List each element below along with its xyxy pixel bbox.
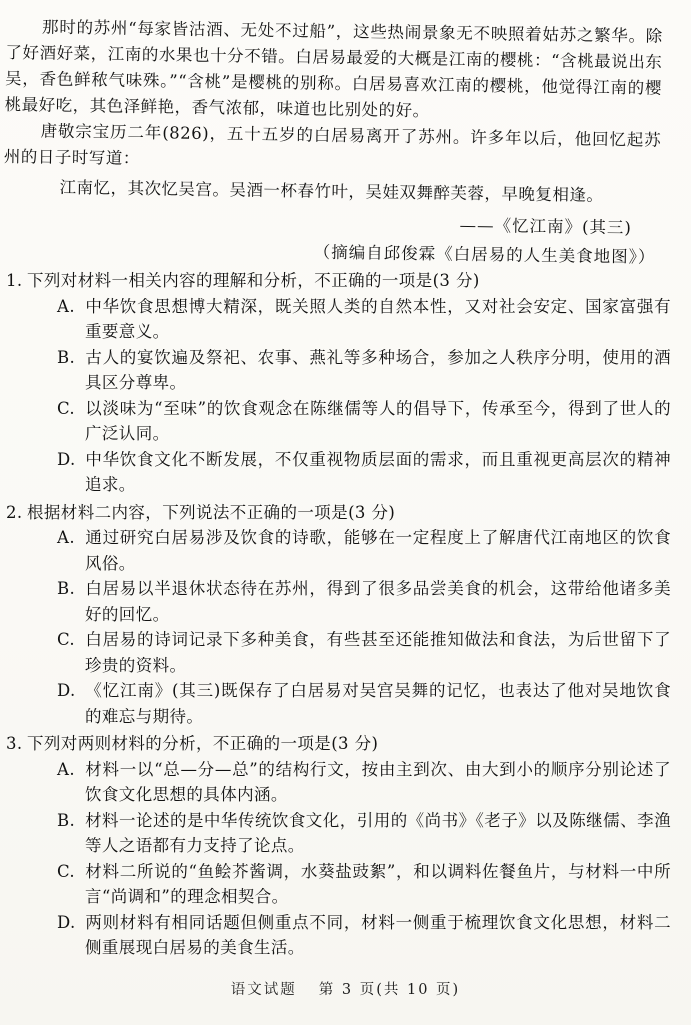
- question-2-stem-text: 根据材料二内容，下列说法不正确的一项是(3 分): [27, 503, 395, 522]
- question-3-stem-text: 下列对两则材料的分析，不正确的一项是(3 分): [27, 734, 378, 753]
- question-2-number: 2.: [6, 500, 27, 526]
- question-2-stem: 2.根据材料二内容，下列说法不正确的一项是(3 分): [6, 500, 671, 526]
- option-text: 两则材料有相同话题但侧重点不同，材料一侧重于梳理饮食文化思想，材料二侧重展现白居…: [85, 913, 671, 958]
- option-label-d: D.: [57, 910, 85, 936]
- question-1-option-c: C.以淡味为“至味”的饮食观念在陈继儒等人的倡导下，传承至今，得到了世人的广泛认…: [57, 396, 671, 447]
- option-text: 白居易的诗词记录下多种美食，有些甚至还能推知做法和食法，为后世留下了珍贵的资料。: [85, 630, 671, 675]
- option-label-a: A.: [57, 757, 85, 783]
- option-label-d: D.: [57, 447, 85, 473]
- passage-paragraph-2: 唐敬宗宝历二年(826)，五十五岁的白居易离开了苏州。许多年以后，他回忆起苏州的…: [4, 118, 662, 180]
- question-1-stem-text: 下列对材料一相关内容的理解和分析，不正确的一项是(3 分): [27, 271, 480, 290]
- option-label-c: C.: [57, 627, 85, 653]
- question-1-option-a: A.中华饮食思想博大精深，既关照人类的自然本性，又对社会安定、国家富强有重要意义…: [57, 294, 671, 345]
- question-1-stem: 1.下列对材料一相关内容的理解和分析，不正确的一项是(3 分): [6, 268, 671, 294]
- option-text: 中华饮食思想博大精深，既关照人类的自然本性，又对社会安定、国家富强有重要意义。: [85, 297, 671, 342]
- exam-page: 那时的苏州“每家皆沽酒、无处不过船”，这些热闹景象无不映照着姑苏之繁华。除了好酒…: [0, 0, 691, 1025]
- option-label-b: B.: [57, 576, 85, 602]
- option-text: 材料一论述的是中华传统饮食文化，引用的《尚书》《老子》以及陈继儒、李渔等人之语都…: [85, 811, 671, 856]
- option-text: 材料一以“总—分—总”的结构行文，按由主到次、由大到小的顺序分别论述了饮食文化思…: [85, 760, 671, 805]
- option-label-b: B.: [57, 345, 85, 371]
- page-footer: 语文试题第 3 页(共 10 页): [0, 978, 691, 999]
- question-1-option-d: D.中华饮食文化不断发展，不仅重视物质层面的需求，而且重视更高层次的精神追求。: [57, 447, 671, 498]
- question-2-option-a: A.通过研究白居易涉及饮食的诗歌，能够在一定程度上了解唐代江南地区的饮食风俗。: [57, 525, 671, 576]
- option-label-a: A.: [57, 294, 85, 320]
- question-3-option-d: D.两则材料有相同话题但侧重点不同，材料一侧重于梳理饮食文化思想，材料二侧重展现…: [57, 910, 671, 961]
- footer-page-number: 第 3 页(共 10 页): [319, 982, 460, 998]
- question-2-option-d: D.《忆江南》(其三)既保存了白居易对吴宫吴舞的记忆，也表达了他对吴地饮食的难忘…: [57, 678, 671, 729]
- reading-passage: 那时的苏州“每家皆沽酒、无处不过船”，这些热闹景象无不映照着姑苏之繁华。除了好酒…: [2, 14, 679, 272]
- question-1-option-b: B.古人的宴饮遍及祭祀、农事、燕礼等多种场合，参加之人秩序分明，使用的酒具区分尊…: [57, 345, 671, 396]
- option-text: 材料二所说的“鱼鲙芥酱调，水葵盐豉絮”，和以调料佐餐鱼片，与材料一中所言“尚调和…: [85, 862, 671, 907]
- option-text: 古人的宴饮遍及祭祀、农事、燕礼等多种场合，参加之人秩序分明，使用的酒具区分尊卑。: [85, 348, 671, 393]
- question-3-stem: 3.下列对两则材料的分析，不正确的一项是(3 分): [6, 731, 671, 757]
- option-label-d: D.: [57, 678, 85, 704]
- option-label-c: C.: [57, 396, 85, 422]
- question-1-number: 1.: [6, 268, 27, 294]
- questions-section: 1.下列对材料一相关内容的理解和分析，不正确的一项是(3 分) A.中华饮食思想…: [6, 268, 679, 961]
- question-3-number: 3.: [6, 731, 27, 757]
- question-2: 2.根据材料二内容，下列说法不正确的一项是(3 分) A.通过研究白居易涉及饮食…: [6, 500, 671, 730]
- question-2-option-c: C.白居易的诗词记录下多种美食，有些甚至还能推知做法和食法，为后世留下了珍贵的资…: [57, 627, 671, 678]
- question-3: 3.下列对两则材料的分析，不正确的一项是(3 分) A.材料一以“总—分—总”的…: [6, 731, 671, 961]
- option-label-b: B.: [57, 808, 85, 834]
- question-3-option-a: A.材料一以“总—分—总”的结构行文，按由主到次、由大到小的顺序分别论述了饮食文…: [57, 757, 671, 808]
- question-2-option-b: B.白居易以半退休状态待在苏州，得到了很多品尝美食的机会，这带给他诸多美好的回忆…: [57, 576, 671, 627]
- option-text: 《忆江南》(其三)既保存了白居易对吴宫吴舞的记忆，也表达了他对吴地饮食的难忘与期…: [85, 681, 671, 726]
- page-content: 那时的苏州“每家皆沽酒、无处不过船”，这些热闹景象无不映照着姑苏之繁华。除了好酒…: [0, 0, 691, 961]
- footer-subject: 语文试题: [231, 982, 297, 998]
- question-3-option-b: B.材料一论述的是中华传统饮食文化，引用的《尚书》《老子》以及陈继儒、李渔等人之…: [57, 808, 671, 859]
- option-text: 中华饮食文化不断发展，不仅重视物质层面的需求，而且重视更高层次的精神追求。: [85, 450, 671, 495]
- option-text: 白居易以半退休状态待在苏州，得到了很多品尝美食的机会，这带给他诸多美好的回忆。: [85, 579, 671, 624]
- option-label-c: C.: [57, 859, 85, 885]
- passage-paragraph-1: 那时的苏州“每家皆沽酒、无处不过船”，这些热闹景象无不映照着姑苏之繁华。除了好酒…: [4, 14, 662, 128]
- option-text: 通过研究白居易涉及饮食的诗歌，能够在一定程度上了解唐代江南地区的饮食风俗。: [85, 528, 671, 573]
- question-3-option-c: C.材料二所说的“鱼鲙芥酱调，水葵盐豉絮”，和以调料佐餐鱼片，与材料一中所言“尚…: [57, 859, 671, 910]
- option-label-a: A.: [57, 525, 85, 551]
- question-1: 1.下列对材料一相关内容的理解和分析，不正确的一项是(3 分) A.中华饮食思想…: [6, 268, 671, 498]
- option-text: 以淡味为“至味”的饮食观念在陈继儒等人的倡导下，传承至今，得到了世人的广泛认同。: [85, 399, 671, 444]
